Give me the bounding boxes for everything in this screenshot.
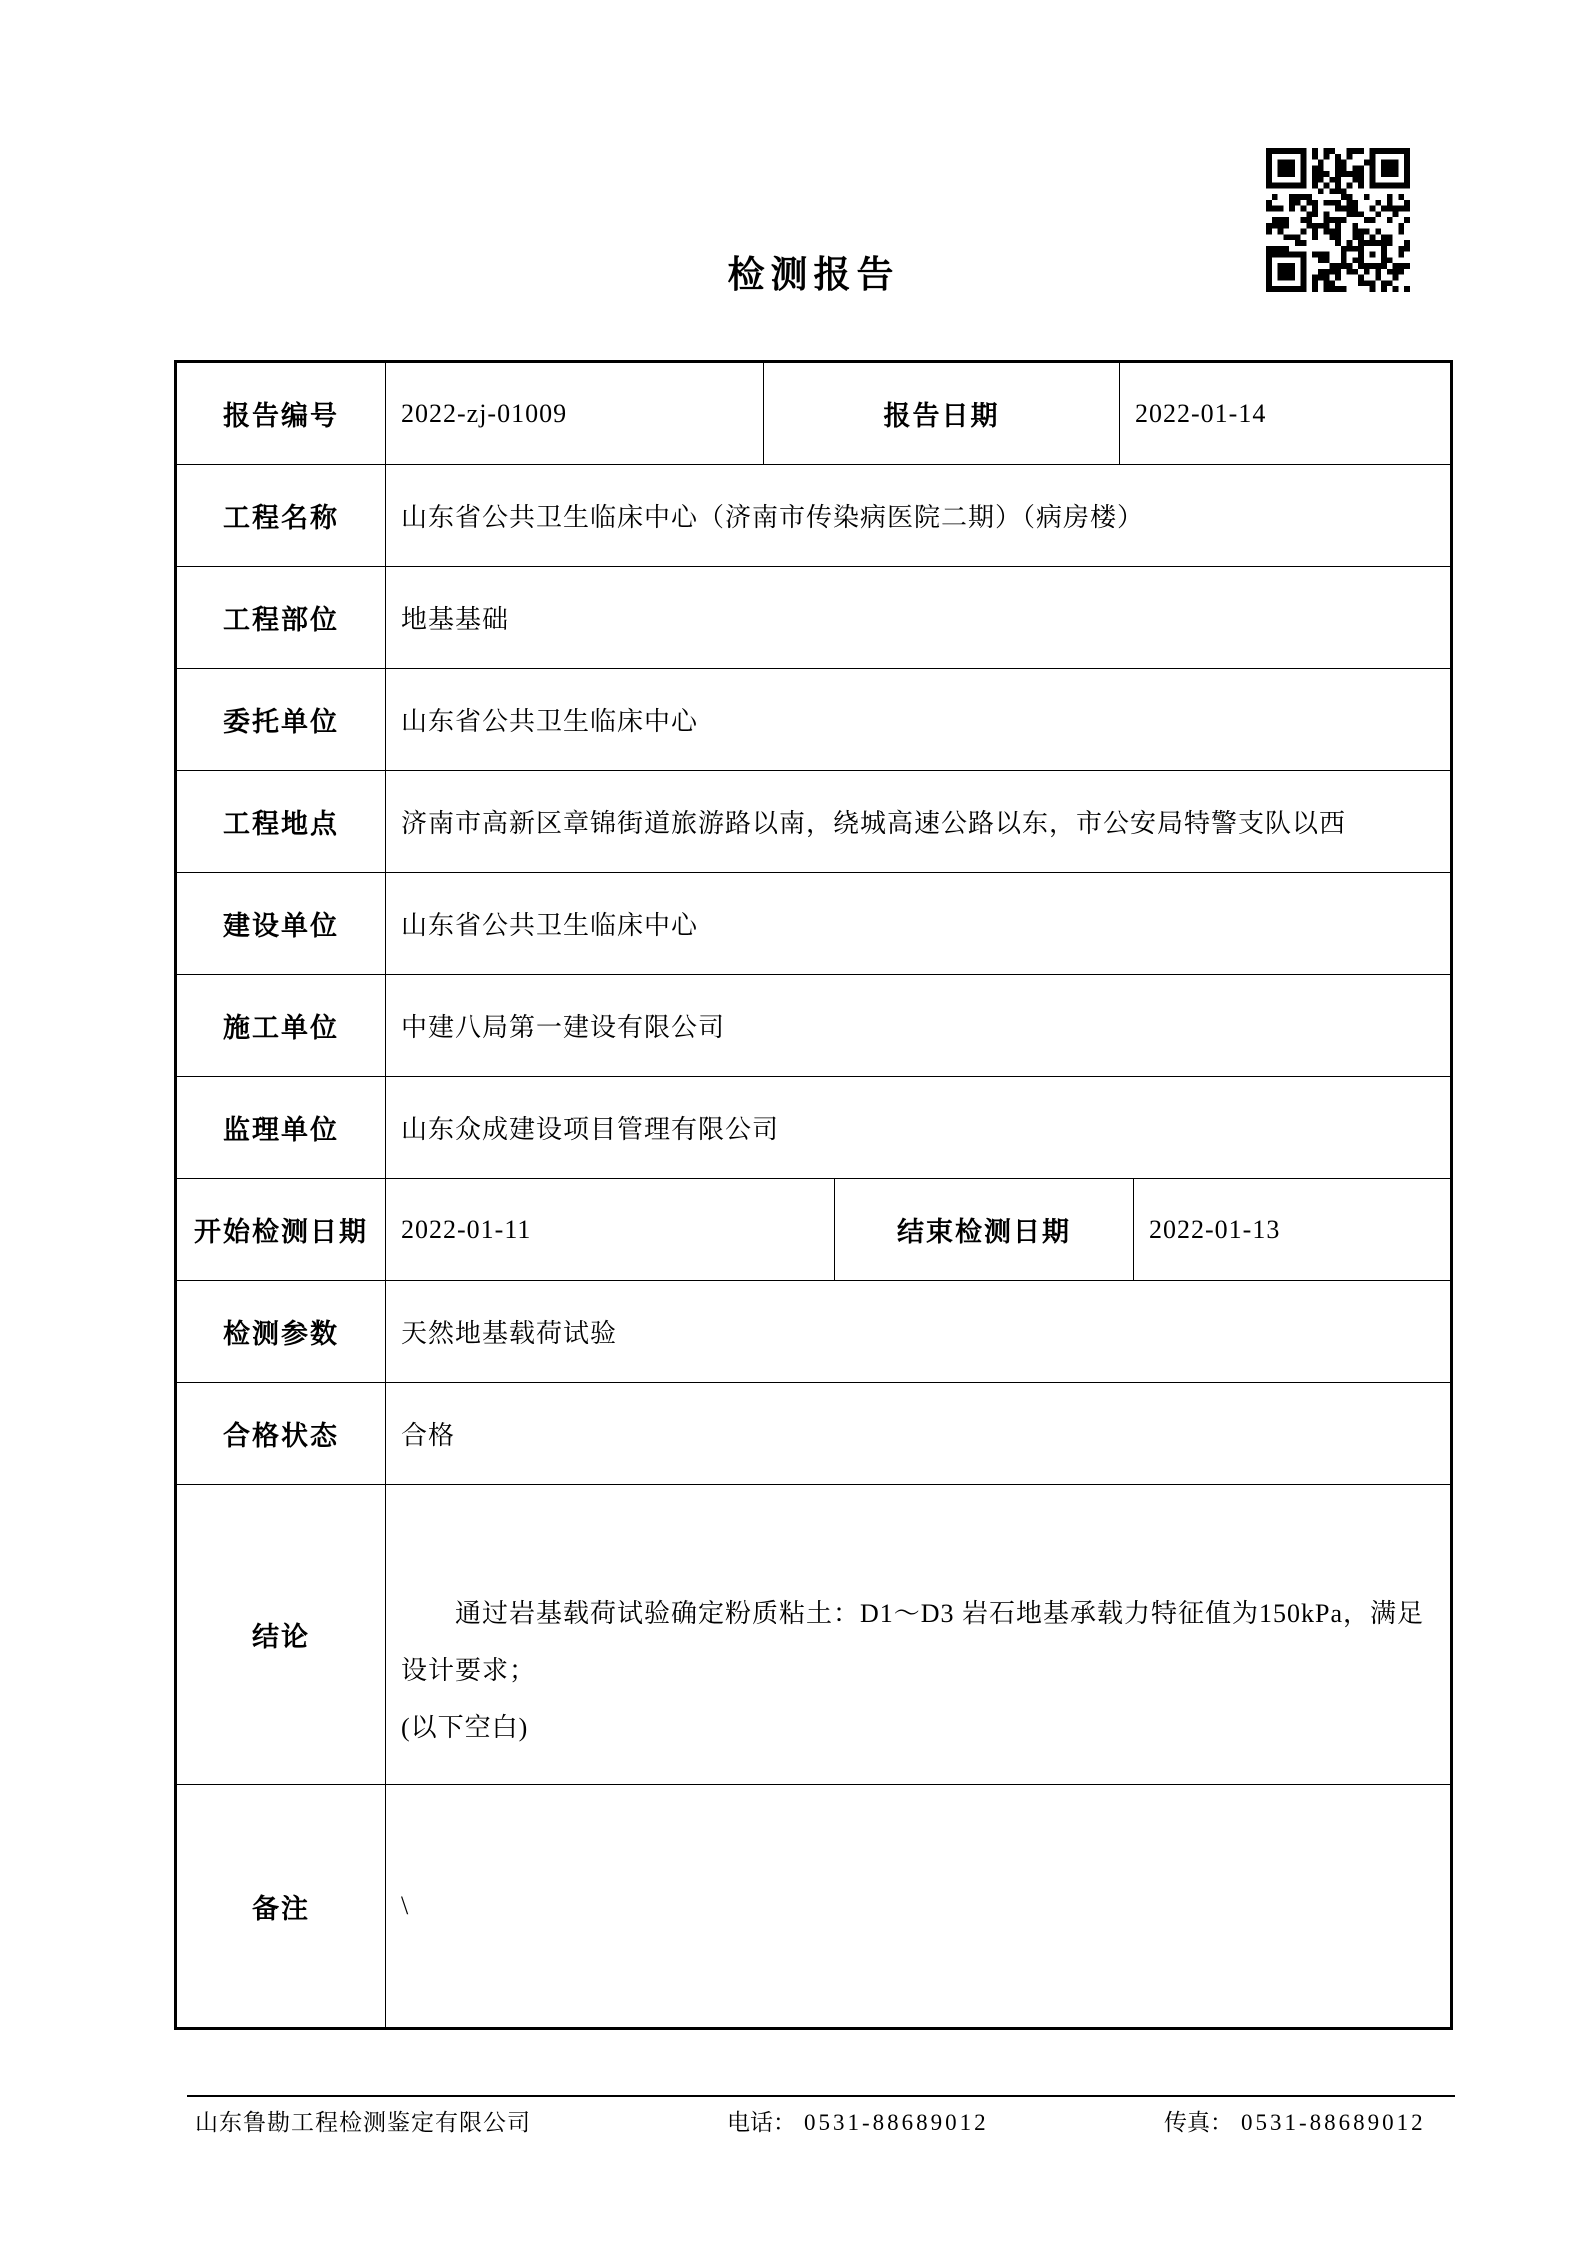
report-table: 报告编号 2022-zj-01009 报告日期 2022-01-14 工程名称 … (174, 360, 1453, 2030)
row-value: 济南市高新区章锦街道旅游路以南，绕城高速公路以东，市公安局特警支队以西 (386, 771, 1450, 872)
row-value: \ (386, 1785, 1450, 2027)
table-row-project-part: 工程部位 地基基础 (177, 567, 1450, 669)
table-row-conclusion: 结论 通过岩基载荷试验确定粉质粘土：D1～D3 岩石地基承载力特征值为150kP… (177, 1485, 1450, 1785)
footer-company-name: 山东鲁勘工程检测鉴定有限公司 (195, 2104, 531, 2137)
footer-fax: 传真：0531-88689012 (1164, 2104, 1426, 2137)
row-label: 检测参数 (177, 1281, 386, 1382)
table-row-test-parameters: 检测参数 天然地基载荷试验 (177, 1281, 1450, 1383)
row-label: 工程名称 (177, 465, 386, 566)
row-value: 山东众成建设项目管理有限公司 (386, 1077, 1450, 1178)
row-value: 地基基础 (386, 567, 1450, 668)
qr-code-image (1266, 148, 1410, 292)
row-label: 报告日期 (764, 363, 1120, 464)
phone-number: 0531-88689012 (804, 2110, 989, 2135)
row-label: 工程地点 (177, 771, 386, 872)
row-value: 山东省公共卫生临床中心（济南市传染病医院二期）（病房楼） (386, 465, 1450, 566)
row-value: 山东省公共卫生临床中心 (386, 873, 1450, 974)
table-row-construction-owner: 建设单位 山东省公共卫生临床中心 (177, 873, 1450, 975)
row-value: 2022-01-14 (1120, 363, 1450, 464)
row-value: 2022-01-13 (1134, 1179, 1450, 1280)
table-row-contractor: 施工单位 中建八局第一建设有限公司 (177, 975, 1450, 1077)
fax-number: 0531-88689012 (1241, 2110, 1426, 2135)
table-row-supervisor: 监理单位 山东众成建设项目管理有限公司 (177, 1077, 1450, 1179)
row-value: 合格 (386, 1383, 1450, 1484)
qr-code-svg (1266, 148, 1410, 292)
row-label: 报告编号 (177, 363, 386, 464)
table-row-qualification-status: 合格状态 合格 (177, 1383, 1450, 1485)
table-row-report-number: 报告编号 2022-zj-01009 报告日期 2022-01-14 (177, 363, 1450, 465)
row-value: 天然地基载荷试验 (386, 1281, 1450, 1382)
page-title: 检测报告 (174, 244, 1453, 298)
row-label: 备注 (177, 1785, 386, 2027)
table-row-remarks: 备注 \ (177, 1785, 1450, 2027)
row-value: 2022-01-11 (386, 1179, 835, 1280)
table-row-test-dates: 开始检测日期 2022-01-11 结束检测日期 2022-01-13 (177, 1179, 1450, 1281)
footer-divider (187, 2095, 1455, 2097)
footer-phone: 电话：0531-88689012 (727, 2104, 989, 2137)
row-value: 通过岩基载荷试验确定粉质粘土：D1～D3 岩石地基承载力特征值为150kPa，满… (386, 1485, 1450, 1784)
table-row-client-unit: 委托单位 山东省公共卫生临床中心 (177, 669, 1450, 771)
phone-label: 电话： (727, 2110, 796, 2135)
table-row-project-location: 工程地点 济南市高新区章锦街道旅游路以南，绕城高速公路以东，市公安局特警支队以西 (177, 771, 1450, 873)
row-label: 结束检测日期 (835, 1179, 1134, 1280)
row-label: 合格状态 (177, 1383, 386, 1484)
row-value: 中建八局第一建设有限公司 (386, 975, 1450, 1076)
row-label: 施工单位 (177, 975, 386, 1076)
row-label: 委托单位 (177, 669, 386, 770)
table-row-project-name: 工程名称 山东省公共卫生临床中心（济南市传染病医院二期）（病房楼） (177, 465, 1450, 567)
row-label: 监理单位 (177, 1077, 386, 1178)
row-label: 建设单位 (177, 873, 386, 974)
row-value: 2022-zj-01009 (386, 363, 764, 464)
row-label: 结论 (177, 1485, 386, 1784)
row-label: 工程部位 (177, 567, 386, 668)
fax-label: 传真： (1164, 2110, 1233, 2135)
row-label: 开始检测日期 (177, 1179, 386, 1280)
row-value: 山东省公共卫生临床中心 (386, 669, 1450, 770)
